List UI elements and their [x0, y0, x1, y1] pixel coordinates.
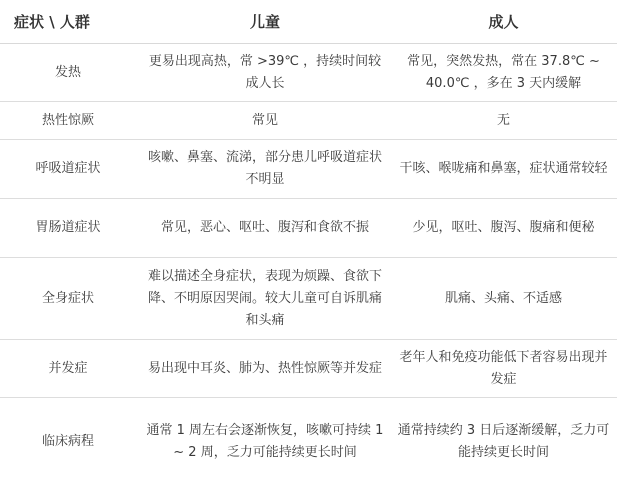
symptom-label: 全身症状: [0, 258, 140, 340]
header-adults: 成人: [390, 0, 617, 44]
child-cell: 咳嗽、鼻塞、流涕，部分患儿呼吸道症状不明显: [140, 140, 390, 199]
adult-cell: 通常持续约 3 日后逐渐缓解，乏力可能持续更长时间: [390, 398, 617, 486]
symptom-comparison-table: 症状 \ 人群 儿童 成人 发热 更易出现高热，常 >39℃ ，持续时间较成人长…: [0, 0, 617, 486]
table-row: 临床病程 通常 1 周左右会逐渐恢复，咳嗽可持续 1 ~ 2 周，乏力可能持续更…: [0, 398, 617, 486]
child-cell: 常见，恶心、呕吐、腹泻和食欲不振: [140, 199, 390, 258]
table-row: 发热 更易出现高热，常 >39℃ ，持续时间较成人长 常见，突然发热，常在 37…: [0, 44, 617, 102]
adult-cell: 肌痛、头痛、不适感: [390, 258, 617, 340]
child-cell: 难以描述全身症状，表现为烦躁、食欲下降、不明原因哭闹。较大儿童可自诉肌痛和头痛: [140, 258, 390, 340]
child-cell: 更易出现高热，常 >39℃ ，持续时间较成人长: [140, 44, 390, 102]
table-row: 胃肠道症状 常见，恶心、呕吐、腹泻和食欲不振 少见，呕吐、腹泻、腹痛和便秘: [0, 199, 617, 258]
table-row: 全身症状 难以描述全身症状，表现为烦躁、食欲下降、不明原因哭闹。较大儿童可自诉肌…: [0, 258, 617, 340]
adult-cell: 少见，呕吐、腹泻、腹痛和便秘: [390, 199, 617, 258]
symptom-label: 胃肠道症状: [0, 199, 140, 258]
adult-cell: 无: [390, 102, 617, 140]
table-row: 热性惊厥 常见 无: [0, 102, 617, 140]
header-children: 儿童: [140, 0, 390, 44]
table-row: 呼吸道症状 咳嗽、鼻塞、流涕，部分患儿呼吸道症状不明显 干咳、喉咙痛和鼻塞，症状…: [0, 140, 617, 199]
symptom-label: 热性惊厥: [0, 102, 140, 140]
header-symptom-group: 症状 \ 人群: [0, 0, 140, 44]
child-cell: 常见: [140, 102, 390, 140]
adult-cell: 干咳、喉咙痛和鼻塞，症状通常较轻: [390, 140, 617, 199]
child-cell: 易出现中耳炎、肺为、热性惊厥等并发症: [140, 340, 390, 398]
adult-cell: 常见，突然发热，常在 37.8℃ ~ 40.0℃ ，多在 3 天内缓解: [390, 44, 617, 102]
table-row: 并发症 易出现中耳炎、肺为、热性惊厥等并发症 老年人和免疫功能低下者容易出现并发…: [0, 340, 617, 398]
symptom-label: 呼吸道症状: [0, 140, 140, 199]
symptom-label: 临床病程: [0, 398, 140, 486]
table-header-row: 症状 \ 人群 儿童 成人: [0, 0, 617, 44]
symptom-label: 发热: [0, 44, 140, 102]
symptom-label: 并发症: [0, 340, 140, 398]
adult-cell: 老年人和免疫功能低下者容易出现并发症: [390, 340, 617, 398]
child-cell: 通常 1 周左右会逐渐恢复，咳嗽可持续 1 ~ 2 周，乏力可能持续更长时间: [140, 398, 390, 486]
